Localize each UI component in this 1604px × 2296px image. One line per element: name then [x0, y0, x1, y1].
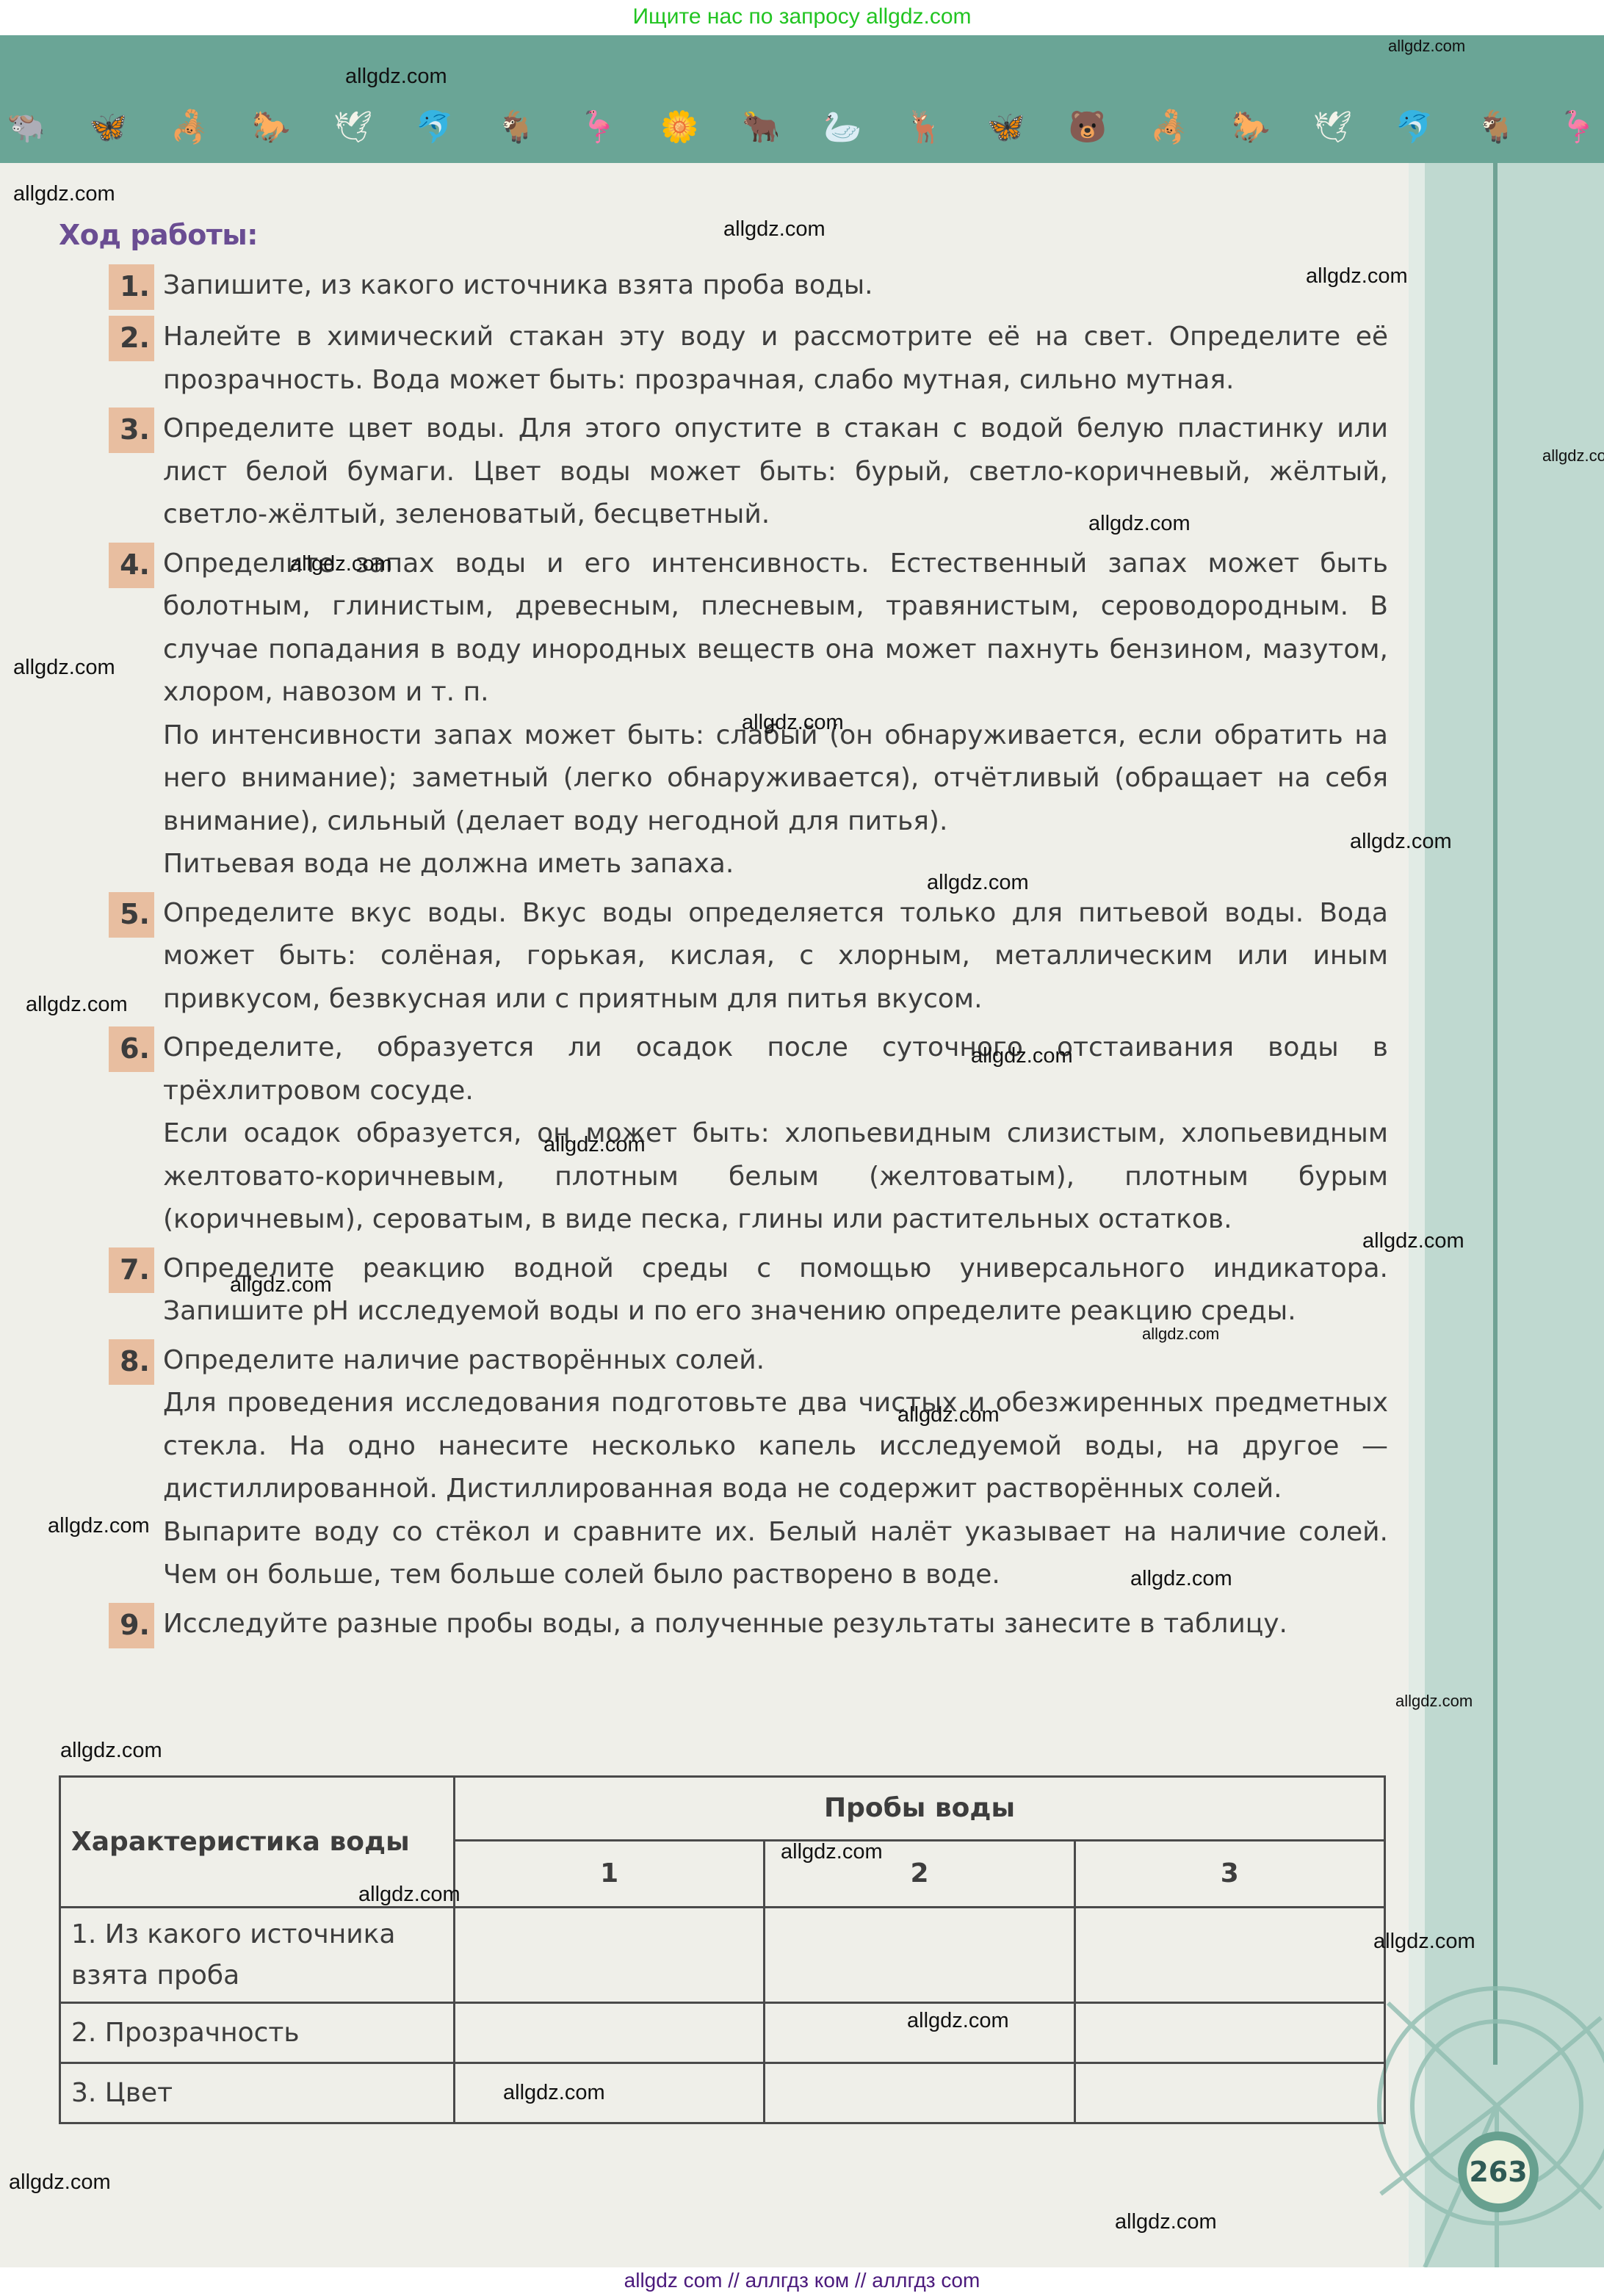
step-item: 5.Определите вкус воды. Вкус воды опреде… — [59, 892, 1388, 1021]
step-paragraph: Для проведения исследования подготовьте … — [163, 1382, 1388, 1511]
step-paragraph: Если осадок образуется, он может быть: х… — [163, 1112, 1388, 1242]
textbook-page: 🐃🦋🦂🐎🕊🐬🐐🦩🌼🐂🦢🦌🦋🐻🦂🐎🕊🐬🐐🦩 263 Ход работы: 1.З… — [0, 35, 1604, 2267]
steps-list: 1.Запишите, из какого источника взята пр… — [59, 264, 1388, 1648]
row-label: 2. Прозрачность — [60, 2003, 455, 2063]
watermark-text: allgdz.com — [723, 217, 826, 242]
table-cell[interactable] — [455, 1908, 765, 2003]
scorpion-icon: 🦂 — [1147, 105, 1191, 149]
step-text: Исследуйте разные пробы воды, а полученн… — [163, 1603, 1388, 1646]
table-cell[interactable] — [1074, 2063, 1384, 2123]
step-paragraph: Определите вкус воды. Вкус воды определя… — [163, 892, 1388, 1021]
antelope-icon: 🦌 — [903, 105, 947, 149]
watermark-text: allgdz.com — [1373, 1930, 1475, 1954]
watermark-text: allgdz.com — [1542, 446, 1604, 466]
watermark-text: allgdz.com — [1388, 37, 1465, 56]
table-cell[interactable] — [1074, 2003, 1384, 2063]
step-paragraph: Запишите, из какого источника взята проб… — [163, 264, 1388, 308]
step-number-badge: 8. — [109, 1339, 154, 1385]
watermark-text: allgdz.com — [13, 182, 115, 206]
table-cell[interactable] — [455, 2003, 765, 2063]
horse-icon: 🐎 — [249, 105, 293, 149]
bull-icon: 🐂 — [739, 105, 783, 149]
goat-icon: 🐐 — [494, 105, 538, 149]
watermark-text: allgdz.com — [907, 2009, 1009, 2033]
watermark-text: allgdz.com — [1115, 2210, 1217, 2234]
watermark-text: allgdz.com — [927, 871, 1029, 895]
dolphin-icon: 🐬 — [1392, 105, 1437, 149]
table-row: 1. Из какого источника взята проба — [60, 1908, 1385, 2003]
bird-icon: 🕊 — [331, 105, 375, 149]
step-item: 1.Запишите, из какого источника взята пр… — [59, 264, 1388, 310]
step-item: 2.Налейте в химический стакан эту воду и… — [59, 316, 1388, 402]
header-samples: Пробы воды — [455, 1777, 1385, 1841]
watermark-text: allgdz.com — [230, 1273, 332, 1297]
horse-icon: 🐎 — [1229, 105, 1273, 149]
compass-decoration-icon — [1366, 1974, 1604, 2267]
step-paragraph: Определите наличие растворённых солей. — [163, 1339, 1388, 1383]
table-cell[interactable] — [765, 1908, 1074, 2003]
watermark-text: allgdz.com — [48, 1514, 150, 1538]
table-row: 2. Прозрачность — [60, 2003, 1385, 2063]
row-label: 1. Из какого источника взята проба — [60, 1908, 455, 2003]
watermark-text: allgdz.com — [742, 711, 844, 735]
step-item: 9.Исследуйте разные пробы воды, а получе… — [59, 1603, 1388, 1648]
footer-banner: allgdz com // аллгдз ком // аллгдз com — [0, 2267, 1604, 2296]
header-band: 🐃🦋🦂🐎🕊🐬🐐🦩🌼🐂🦢🦌🦋🐻🦂🐎🕊🐬🐐🦩 — [0, 35, 1604, 163]
step-number-badge: 7. — [109, 1247, 154, 1293]
watermark-text: allgdz.com — [503, 2081, 605, 2105]
table-cell[interactable] — [765, 2063, 1074, 2123]
step-number-badge: 5. — [109, 892, 154, 938]
page-number: 263 — [1458, 2132, 1539, 2212]
step-number-badge: 3. — [109, 408, 154, 453]
step-text: Определите цвет воды. Для этого опустите… — [163, 408, 1388, 537]
step-text: Определите вкус воды. Вкус воды определя… — [163, 892, 1388, 1021]
watermark-text: allgdz.com — [1362, 1229, 1464, 1253]
watermark-text: allgdz.com — [60, 1739, 162, 1763]
step-item: 6.Определите, образуется ли осадок после… — [59, 1026, 1388, 1242]
bird-icon: 🕊 — [1311, 105, 1355, 149]
step-number-badge: 9. — [109, 1603, 154, 1648]
step-text: Определите наличие растворённых солей.Дл… — [163, 1339, 1388, 1597]
scorpion-icon: 🦂 — [167, 105, 212, 149]
watermark-text: allgdz.com — [1130, 1567, 1232, 1591]
watermark-text: allgdz.com — [290, 552, 392, 576]
butterfly-icon: 🦋 — [984, 105, 1028, 149]
step-number-badge: 6. — [109, 1026, 154, 1072]
bird-standing-icon: 🦢 — [821, 105, 865, 149]
search-banner: Ищите нас по запросу allgdz.com — [0, 0, 1604, 35]
flower-icon: 🌼 — [657, 105, 701, 149]
heron-icon: 🦩 — [576, 105, 620, 149]
watermark-text: allgdz.com — [1395, 1692, 1473, 1711]
step-text: Определите реакцию водной среды с помощь… — [163, 1247, 1388, 1333]
watermark-text: allgdz.com — [1142, 1325, 1219, 1344]
step-text: Определите, образуется ли осадок после с… — [163, 1026, 1388, 1242]
step-number-badge: 2. — [109, 316, 154, 361]
butterfly-icon: 🦋 — [86, 105, 130, 149]
watermark-text: allgdz.com — [781, 1840, 883, 1864]
watermark-text: allgdz.com — [543, 1133, 646, 1157]
dolphin-icon: 🐬 — [413, 105, 457, 149]
step-item: 4.Определите запах воды и его интенсивно… — [59, 543, 1388, 886]
step-number-badge: 4. — [109, 543, 154, 588]
step-item: 8.Определите наличие растворённых солей.… — [59, 1339, 1388, 1597]
step-number-badge: 1. — [109, 264, 154, 310]
watermark-text: allgdz.com — [1306, 264, 1408, 289]
work-procedure: Ход работы: 1.Запишите, из какого источн… — [59, 219, 1388, 1654]
results-table: Характеристика воды Пробы воды 1 2 3 1. … — [59, 1775, 1386, 2124]
watermark-text: allgdz.com — [971, 1044, 1073, 1068]
step-paragraph: Исследуйте разные пробы воды, а полученн… — [163, 1603, 1388, 1646]
step-paragraph: Питьевая вода не должна иметь запаха. — [163, 843, 1388, 886]
watermark-text: allgdz.com — [345, 65, 447, 89]
step-paragraph: Определите реакцию водной среды с помощь… — [163, 1247, 1388, 1333]
table-cell[interactable] — [1074, 1908, 1384, 2003]
watermark-text: allgdz.com — [358, 1883, 460, 1907]
step-text: Запишите, из какого источника взята проб… — [163, 264, 1388, 308]
step-paragraph: Налейте в химический стакан эту воду и р… — [163, 316, 1388, 402]
watermark-text: allgdz.com — [9, 2170, 111, 2195]
row-label: 3. Цвет — [60, 2063, 455, 2123]
watermark-text: allgdz.com — [13, 656, 115, 680]
table-row: 3. Цвет — [60, 2063, 1385, 2123]
watermark-text: allgdz.com — [1350, 830, 1452, 854]
heron-icon: 🦩 — [1556, 105, 1600, 149]
step-paragraph: Определите цвет воды. Для этого опустите… — [163, 408, 1388, 537]
bison-icon: 🐃 — [4, 105, 48, 149]
sample-column-3: 3 — [1074, 1841, 1384, 1908]
side-rule — [1493, 163, 1498, 2065]
sample-column-1: 1 — [455, 1841, 765, 1908]
watermark-text: allgdz.com — [26, 993, 128, 1017]
goat-icon: 🐐 — [1474, 105, 1518, 149]
watermark-text: allgdz.com — [1088, 512, 1191, 536]
animal-silhouette-strip: 🐃🦋🦂🐎🕊🐬🐐🦩🌼🐂🦢🦌🦋🐻🦂🐎🕊🐬🐐🦩 — [0, 105, 1604, 149]
step-paragraph: Определите, образуется ли осадок после с… — [163, 1026, 1388, 1112]
watermark-text: allgdz.com — [897, 1403, 1000, 1427]
step-text: Налейте в химический стакан эту воду и р… — [163, 316, 1388, 402]
table-cell[interactable] — [455, 2063, 765, 2123]
bear-icon: 🐻 — [1066, 105, 1110, 149]
